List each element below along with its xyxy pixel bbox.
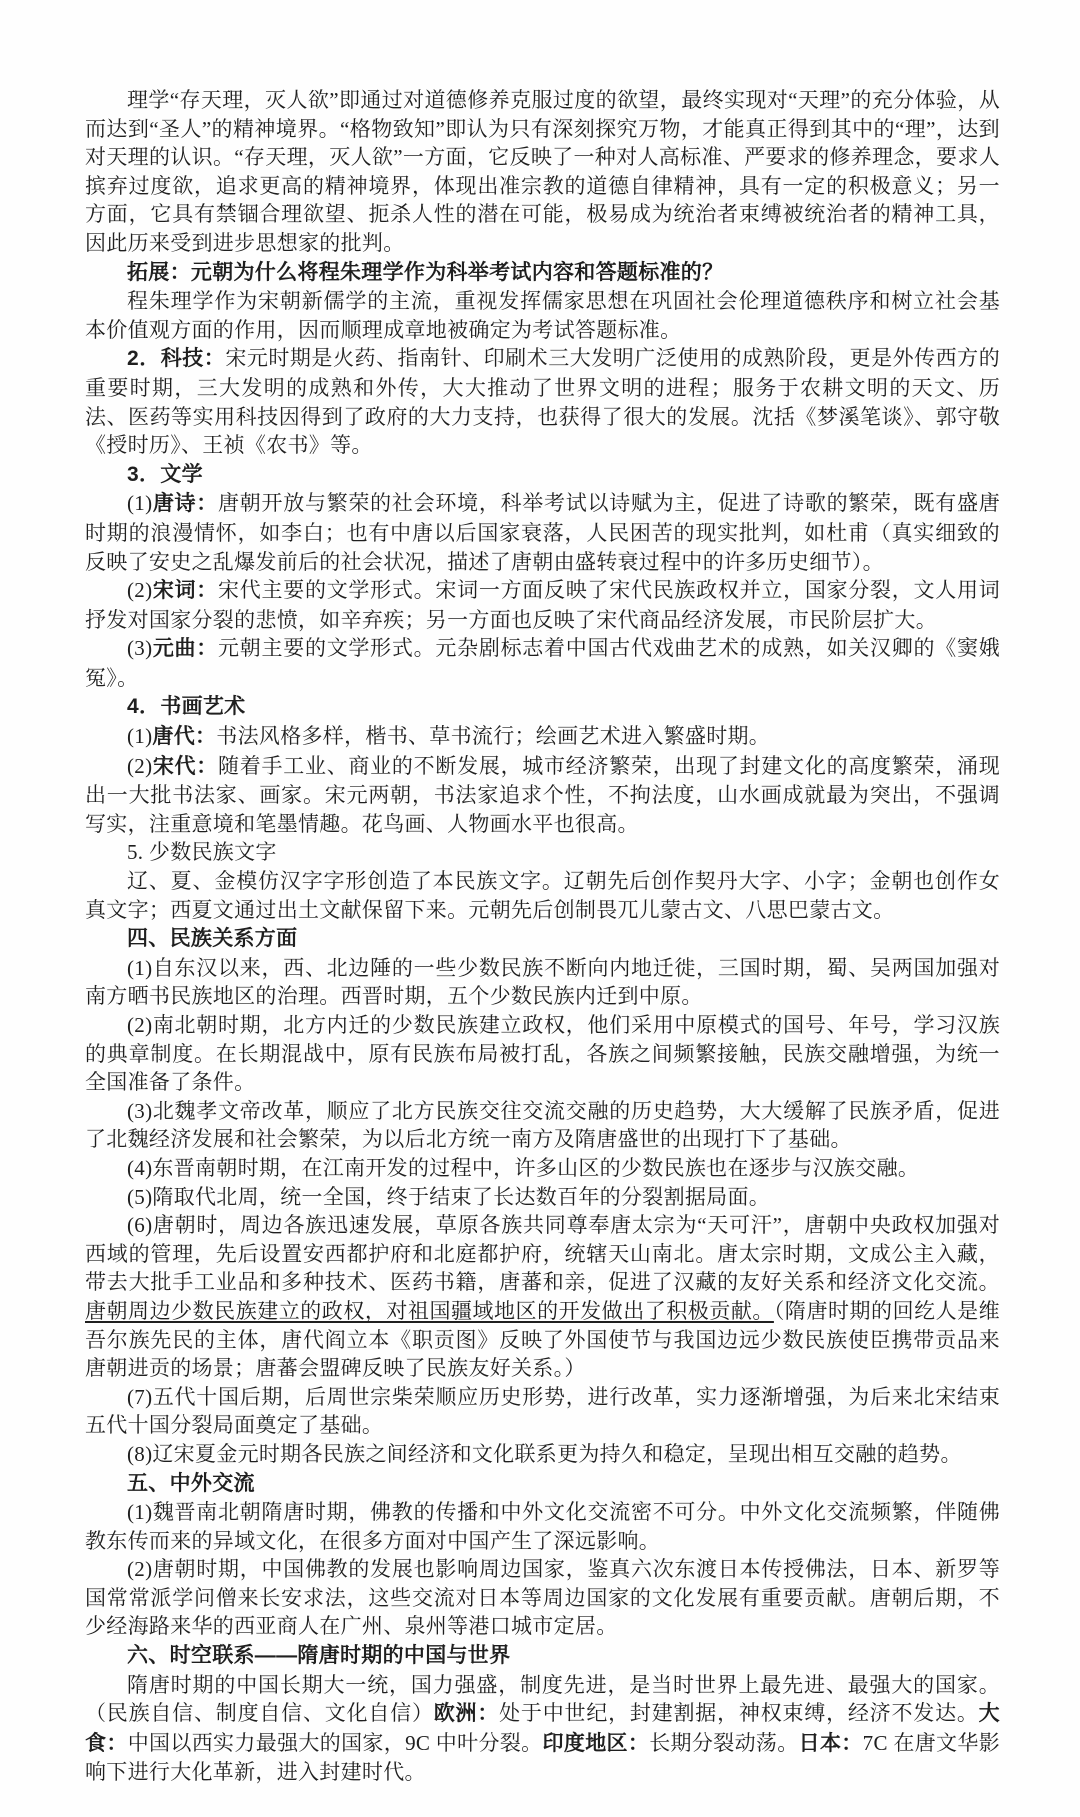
text-run: (3)北魏孝文帝改革，顺应了北方民族交往交流交融的历史趋势，大大缓解了民族矛盾，… — [85, 1099, 1000, 1152]
bold-run: 3．文学 — [127, 463, 203, 486]
bold-run: 唐诗： — [152, 492, 218, 515]
paragraph-yuanqu: (3)元曲：元朝主要的文学形式。元杂剧标志着中国古代戏曲艺术的成熟，如关汉卿的《… — [85, 634, 1000, 692]
text-run: 元朝主要的文学形式。元杂剧标志着中国古代戏曲艺术的成熟，如关汉卿的《窦娥冤》。 — [85, 636, 1000, 690]
text-run: (1)魏晋南北朝隋唐时期，佛教的传播和中外文化交流密不可分。中外文化交流频繁，伴… — [85, 1500, 1000, 1553]
bold-run: 2．科技： — [127, 347, 225, 370]
text-run: 宋代主要的文学形式。宋词一方面反映了宋代民族政权并立，国家分裂，文人用词抒发对国… — [85, 578, 1000, 632]
paragraph-zhongguo-shijie: 隋唐时期的中国长期大一统，国力强盛，制度先进，是当时世界上最先进、最强大的国家。… — [85, 1671, 1000, 1787]
text-run: (7)五代十国后期，后周世宗柴荣顺应历史形势，进行改革，实力逐渐增强，为后来北宋… — [85, 1385, 1000, 1438]
paragraph-minzu-wenzi: 辽、夏、金模仿汉字字形创造了本民族文字。辽朝先后创作契丹大字、小字；金朝也创作女… — [85, 867, 1000, 924]
paragraph-chengzhu: 程朱理学作为宋朝新儒学的主流，重视发挥儒家思想在巩固社会伦理道德秩序和树立社会基… — [85, 287, 1000, 344]
text-run: (2)唐朝时期，中国佛教的发展也影响周边国家，鉴真六次东渡日本传授佛法，日本、新… — [85, 1557, 1000, 1638]
underlined-run: 唐朝周边少数民族建立的政权，对祖国疆域地区的开发做出了积极贡献。 — [85, 1299, 774, 1323]
paragraph-minzu-3: (3)北魏孝文帝改革，顺应了北方民族交往交流交融的历史趋势，大大缓解了民族矛盾，… — [85, 1097, 1000, 1154]
paragraph-songci: (2)宋词：宋代主要的文学形式。宋词一方面反映了宋代民族政权并立，国家分裂，文人… — [85, 576, 1000, 634]
bold-run: 拓展：元朝为什么将程朱理学作为科举考试内容和答题标准的？ — [127, 261, 723, 284]
text-run: 中国以西实力最强大的国家，9C 中叶分裂。 — [128, 1731, 543, 1755]
bold-run: 五、中外交流 — [127, 1472, 255, 1495]
heading-minzu-guanxi: 四、民族关系方面 — [85, 924, 1000, 954]
text-run: 随着手工业、商业的不断发展，城市经济繁荣，出现了封建文化的高度繁荣，涌现出一大批… — [85, 754, 1000, 836]
paragraph-tangshi: (1)唐诗：唐朝开放与繁荣的社会环境，科举考试以诗赋为主，促进了诗歌的繁荣，既有… — [85, 489, 1000, 576]
paragraph-songdai-shuhua: (2)宋代：随着手工业、商业的不断发展，城市经济繁荣，出现了封建文化的高度繁荣，… — [85, 752, 1000, 839]
bold-run: 印度地区： — [543, 1732, 650, 1755]
paragraph-lixue: 理学“存天理，灭人欲”即通过对道德修养克服过度的欲望，最终实现对“天理”的充分体… — [85, 86, 1000, 258]
text-run: 程朱理学作为宋朝新儒学的主流，重视发挥儒家思想在巩固社会伦理道德秩序和树立社会基… — [85, 289, 1000, 342]
text-run: 唐朝开放与繁荣的社会环境，科举考试以诗赋为主，促进了诗歌的繁荣，既有盛唐时期的浪… — [85, 491, 1000, 573]
paragraph-minzu-2: (2)南北朝时期，北方内迁的少数民族建立政权，他们采用中原模式的国号、年号，学习… — [85, 1011, 1000, 1097]
text-run: 理学“存天理，灭人欲”即通过对道德修养克服过度的欲望，最终实现对“天理”的充分体… — [85, 88, 1000, 255]
text-run: (2) — [127, 578, 152, 602]
bold-run: 4．书画艺术 — [127, 695, 245, 718]
paragraph-minzu-7: (7)五代十国后期，后周世宗柴荣顺应历史形势，进行改革，实力逐渐增强，为后来北宋… — [85, 1383, 1000, 1440]
heading-wenxue: 3．文学 — [85, 460, 1000, 490]
paragraph-minzu-8: (8)辽宋夏金元时期各民族之间经济和文化联系更为持久和稳定，呈现出相互交融的趋势… — [85, 1440, 1000, 1469]
text-run: (1)自东汉以来，西、北边陲的一些少数民族不断向内地迁徙，三国时期，蜀、吴两国加… — [85, 956, 1000, 1009]
document-page: 理学“存天理，灭人欲”即通过对道德修养克服过度的欲望，最终实现对“天理”的充分体… — [0, 0, 1080, 1817]
heading-zhongwai-jiaoliu: 五、中外交流 — [85, 1469, 1000, 1499]
bold-run: 欧洲： — [434, 1702, 499, 1725]
text-run: (1) — [127, 724, 152, 748]
bold-run: 四、民族关系方面 — [127, 927, 297, 950]
paragraph-keji: 2．科技：宋元时期是火药、指南针、印刷术三大发明广泛使用的成熟阶段，更是外传西方… — [85, 344, 1000, 459]
text-run: (4)东晋南朝时期，在江南开发的过程中，许多山区的少数民族也在逐步与汉族交融。 — [127, 1156, 919, 1180]
paragraph-minzu-5: (5)隋取代北周，统一全国，终于结束了长达数百年的分裂割据局面。 — [85, 1183, 1000, 1212]
paragraph-minzu-1: (1)自东汉以来，西、北边陲的一些少数民族不断向内地迁徙，三国时期，蜀、吴两国加… — [85, 954, 1000, 1011]
text-run: (5)隋取代北周，统一全国，终于结束了长达数百年的分裂割据局面。 — [127, 1185, 770, 1209]
bold-run: 宋代： — [152, 755, 218, 778]
text-run: (3) — [127, 636, 152, 660]
paragraph-jiaoliu-2: (2)唐朝时期，中国佛教的发展也影响周边国家，鉴真六次东渡日本传授佛法，日本、新… — [85, 1555, 1000, 1641]
text-run: 辽、夏、金模仿汉字字形创造了本民族文字。辽朝先后创作契丹大字、小字；金朝也创作女… — [85, 869, 1000, 922]
text-run: (2)南北朝时期，北方内迁的少数民族建立政权，他们采用中原模式的国号、年号，学习… — [85, 1013, 1000, 1094]
text-run: (1) — [127, 491, 152, 515]
bold-run: 元曲： — [152, 637, 218, 660]
bold-run: 日本： — [799, 1732, 863, 1755]
bold-run: 唐代： — [152, 725, 216, 748]
text-run: 处于中世纪，封建割据，神权束缚，经济不发达。 — [499, 1701, 979, 1725]
paragraph-tangdai-shuhua: (1)唐代：书法风格多样，楷书、草书流行；绘画艺术进入繁盛时期。 — [85, 722, 1000, 752]
text-run: 5. 少数民族文字 — [127, 840, 277, 864]
heading-shaoshuminzu-wenzi: 5. 少数民族文字 — [85, 838, 1000, 867]
text-run: (8)辽宋夏金元时期各民族之间经济和文化联系更为持久和稳定，呈现出相互交融的趋势… — [127, 1442, 962, 1466]
heading-shuhua: 4．书画艺术 — [85, 692, 1000, 722]
heading-shikong-lianxi: 六、时空联系——隋唐时期的中国与世界 — [85, 1641, 1000, 1671]
paragraph-minzu-6: (6)唐朝时，周边各族迅速发展，草原各族共同尊奉唐太宗为“天可汗”，唐朝中央政权… — [85, 1211, 1000, 1383]
paragraph-jiaoliu-1: (1)魏晋南北朝隋唐时期，佛教的传播和中外文化交流密不可分。中外文化交流频繁，伴… — [85, 1498, 1000, 1555]
text-run: (6)唐朝时，周边各族迅速发展，草原各族共同尊奉唐太宗为“天可汗”，唐朝中央政权… — [85, 1213, 1000, 1294]
bold-run: 宋词： — [152, 579, 218, 602]
bold-run: 六、时空联系——隋唐时期的中国与世界 — [127, 1644, 510, 1667]
text-run: (2) — [127, 754, 152, 778]
heading-tuozhan: 拓展：元朝为什么将程朱理学作为科举考试内容和答题标准的？ — [85, 258, 1000, 288]
paragraph-minzu-4: (4)东晋南朝时期，在江南开发的过程中，许多山区的少数民族也在逐步与汉族交融。 — [85, 1154, 1000, 1183]
text-run: 长期分裂动荡。 — [649, 1731, 798, 1755]
text-run: 书法风格多样，楷书、草书流行；绘画艺术进入繁盛时期。 — [216, 724, 770, 748]
